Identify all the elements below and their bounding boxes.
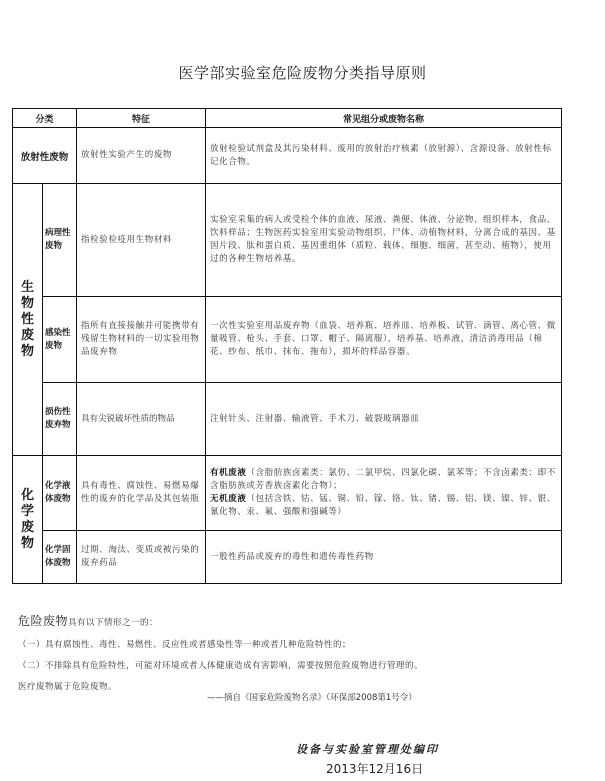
feature-chemical-liquid: 具有毒性、腐蚀性、易燃易爆性的废弃的化学品及其包装瓶: [77, 456, 206, 531]
inorganic-text: （包括含铁、钴、锰、铜、铅、镓、铬、钛、锗、锡、铝、镁、镍、锌、银、氰化物、汞、…: [210, 494, 556, 517]
table-row-chemical-liquid: 化学废物 化学液体废物 具有毒性、腐蚀性、易燃易爆性的废弃的化学品及其包装瓶 有…: [13, 456, 562, 531]
sub-pathological: 病理性废物: [43, 184, 77, 297]
items-radioactive: 放射检验试剂盒及其污染材料、废用的放射治疗核素（放射源）、含源设备、放射性标记化…: [206, 128, 562, 184]
feature-infectious: 指所有直接接触并可能携带有残留生物材料的一切实验用物品废弃物: [77, 297, 206, 383]
classification-table: 分类 特征 常见组分或废物名称 放射性废物 放射性实验产生的废物 放射检验试剂盒…: [12, 108, 562, 584]
notes-item-1: （一）具有腐蚀性、毒性、易燃性、反应性或者感染性等一种或者几种危险特性的；: [18, 638, 598, 650]
table-row-sharps: 损伤性废弃物 具有尖锐破坏性质的物品 注射针头、注射器、输液管、手术刀、破裂玻璃…: [13, 383, 562, 456]
table-row-chemical-solid: 化学固体废物 过期、淘汰、变质或被污染的废弃药品 一般性药品或废弃的毒性和遗传毒…: [13, 531, 562, 584]
notes-lead-bold: 危险废物: [18, 614, 68, 628]
items-infectious: 一次性实验室用品废弃物（血袋、培养瓶、培养皿、培养板、试管、滴管、离心管、微量吸…: [206, 297, 562, 383]
items-chemical-solid: 一般性药品或废弃的毒性和遗传毒性药物: [206, 531, 562, 584]
notes-section: 危险废物具有以下情形之一的： （一）具有腐蚀性、毒性、易燃性、反应性或者感染性等…: [18, 612, 598, 701]
header-feature: 特征: [77, 109, 206, 128]
category-radioactive: 放射性废物: [13, 128, 77, 184]
group-chemical-label: 化学废物: [21, 488, 35, 552]
source-citation: ——摘自《国家危险废物名录》（环保部2008第1号令）: [207, 691, 417, 703]
table-row-infectious: 感染性废物 指所有直接接触并可能携带有残留生物材料的一切实验用物品废弃物 一次性…: [13, 297, 562, 383]
feature-pathological: 指检验检疫用生物材料: [77, 184, 206, 297]
table-row-radioactive: 放射性废物 放射性实验产生的废物 放射检验试剂盒及其污染材料、废用的放射治疗核素…: [13, 128, 562, 184]
feature-chemical-solid: 过期、淘汰、变质或被污染的废弃药品: [77, 531, 206, 584]
items-chemical-liquid: 有机废液（含脂肪族卤素类：氯仿、二氯甲烷、四氯化碳、氯苯等；不含卤素类：即不含脂…: [206, 456, 562, 531]
sub-chemical-solid: 化学固体废物: [43, 531, 77, 584]
notes-item-2: （二）不排除具有危险特性，可能对环境或者人体健康造成有害影响，需要按照危险废物进…: [18, 659, 598, 671]
organic-text: （含脂肪族卤素类：氯仿、二氯甲烷、四氯化碳、氯苯等；不含卤素类：即不含脂肪族或芳…: [210, 468, 556, 491]
sub-sharps: 损伤性废弃物: [43, 383, 77, 456]
group-biological: 生物性废物: [13, 184, 43, 456]
group-biological-label: 生物性废物: [21, 280, 35, 360]
document-title: 医学部实验室危险废物分类指导原则: [0, 62, 605, 83]
notes-lead: 危险废物具有以下情形之一的：: [18, 612, 598, 629]
items-sharps: 注射针头、注射器、输液管、手术刀、破裂玻璃器皿: [206, 383, 562, 456]
header-category: 分类: [13, 109, 77, 128]
table-header-row: 分类 特征 常见组分或废物名称: [13, 109, 562, 128]
inorganic-label: 无机废液: [210, 494, 246, 504]
group-chemical: 化学废物: [13, 456, 43, 584]
sub-chemical-liquid: 化学液体废物: [43, 456, 77, 531]
issue-date: 2013年12月16日: [326, 760, 423, 777]
items-pathological: 实验室采集的病人或受检个体的血液、尿液、粪便、体液、分泌物、组织样本，食品、饮料…: [206, 184, 562, 297]
notes-lead-rest: 具有以下情形之一的：: [68, 618, 158, 628]
feature-sharps: 具有尖锐破坏性质的物品: [77, 383, 206, 456]
sub-infectious: 感染性废物: [43, 297, 77, 383]
feature-radioactive: 放射性实验产生的废物: [77, 128, 206, 184]
table-row-pathological: 生物性废物 病理性废物 指检验检疫用生物材料 实验室采集的病人或受检个体的血液、…: [13, 184, 562, 297]
organic-label: 有机废液: [210, 468, 246, 478]
header-items: 常见组分或废物名称: [206, 109, 562, 128]
editor-signature: 设备与实验室管理处编印: [296, 741, 439, 757]
